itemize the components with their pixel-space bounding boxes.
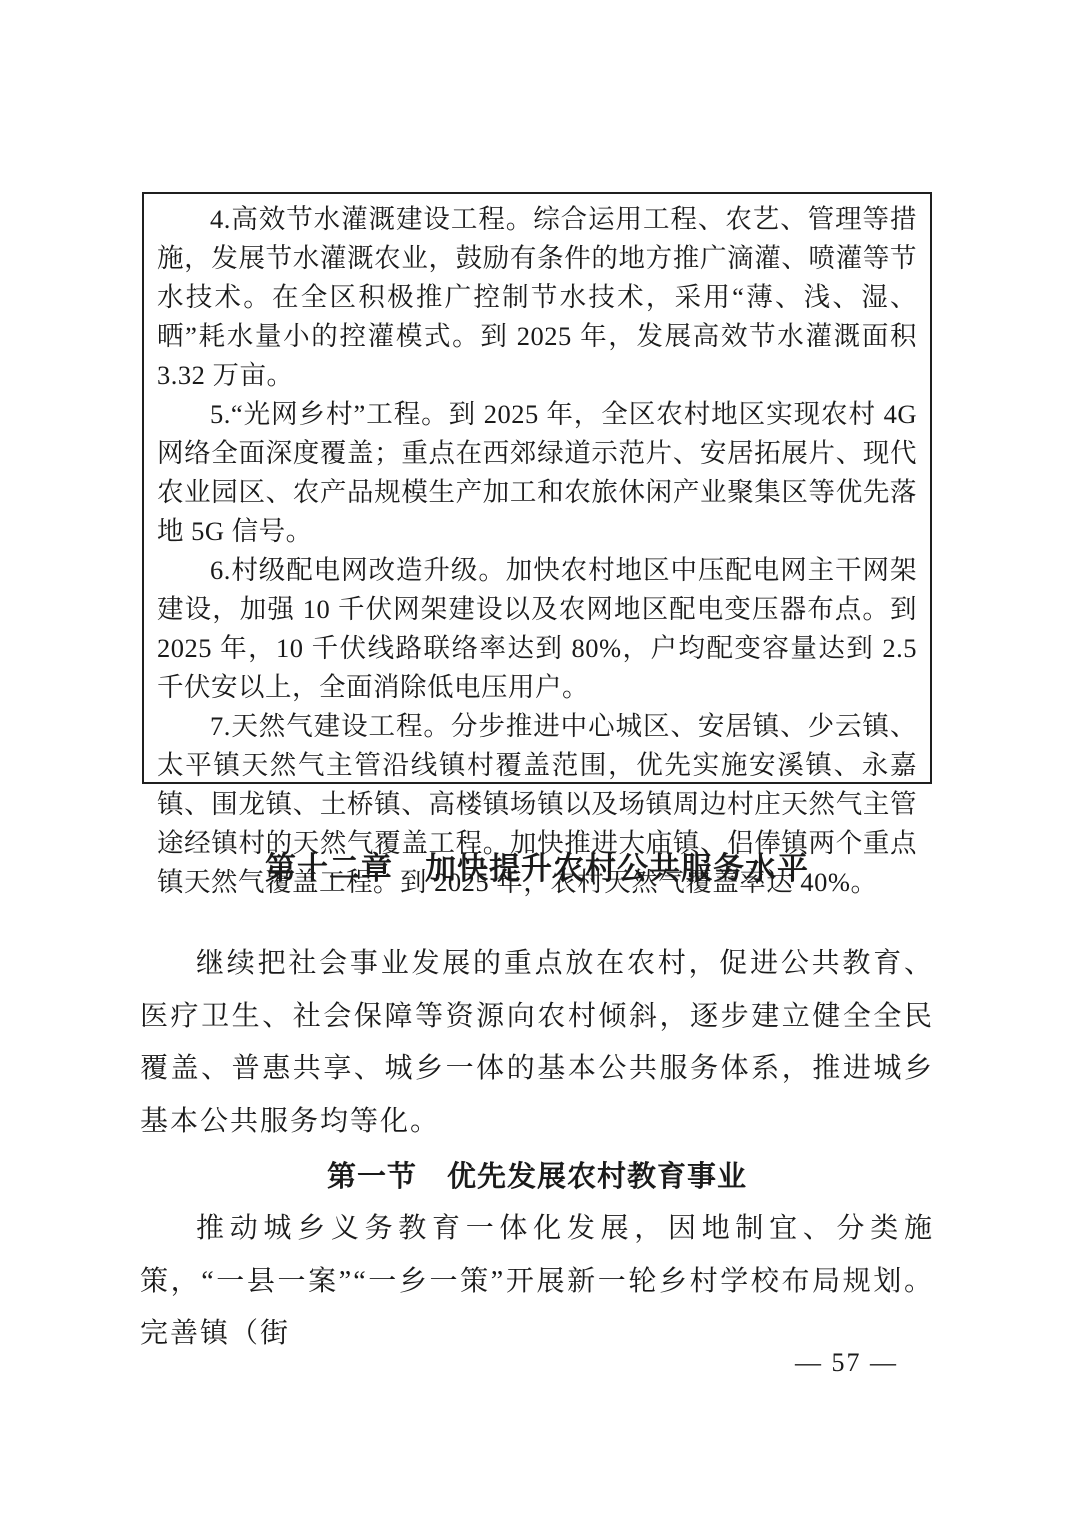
intro-paragraph: 继续把社会事业发展的重点放在农村，促进公共教育、医疗卫生、社会保障等资源向农村倾… — [140, 938, 934, 1148]
chapter-heading: 第十二章 加快提升农村公共服务水平 — [0, 843, 1074, 888]
box-paragraph-fiber-network: 5.“光网乡村”工程。到 2025 年，全区农村地区实现农村 4G 网络全面深度… — [157, 395, 917, 551]
section-paragraph: 推动城乡义务教育一体化发展，因地制宜、分类施策，“一县一案”“一乡一策”开展新一… — [140, 1203, 934, 1361]
section-heading: 第一节 优先发展农村教育事业 — [0, 1154, 1074, 1195]
page-number: — 57 — — [795, 1348, 898, 1378]
box-paragraph-irrigation: 4.高效节水灌溉建设工程。综合运用工程、农艺、管理等措施，发展节水灌溉农业，鼓励… — [157, 200, 917, 395]
document-page: 4.高效节水灌溉建设工程。综合运用工程、农艺、管理等措施，发展节水灌溉农业，鼓励… — [0, 0, 1074, 1520]
project-list-box: 4.高效节水灌溉建设工程。综合运用工程、农艺、管理等措施，发展节水灌溉农业，鼓励… — [142, 192, 932, 784]
box-paragraph-power-grid: 6.村级配电网改造升级。加快农村地区中压配电网主干网架建设，加强 10 千伏网架… — [157, 551, 917, 707]
